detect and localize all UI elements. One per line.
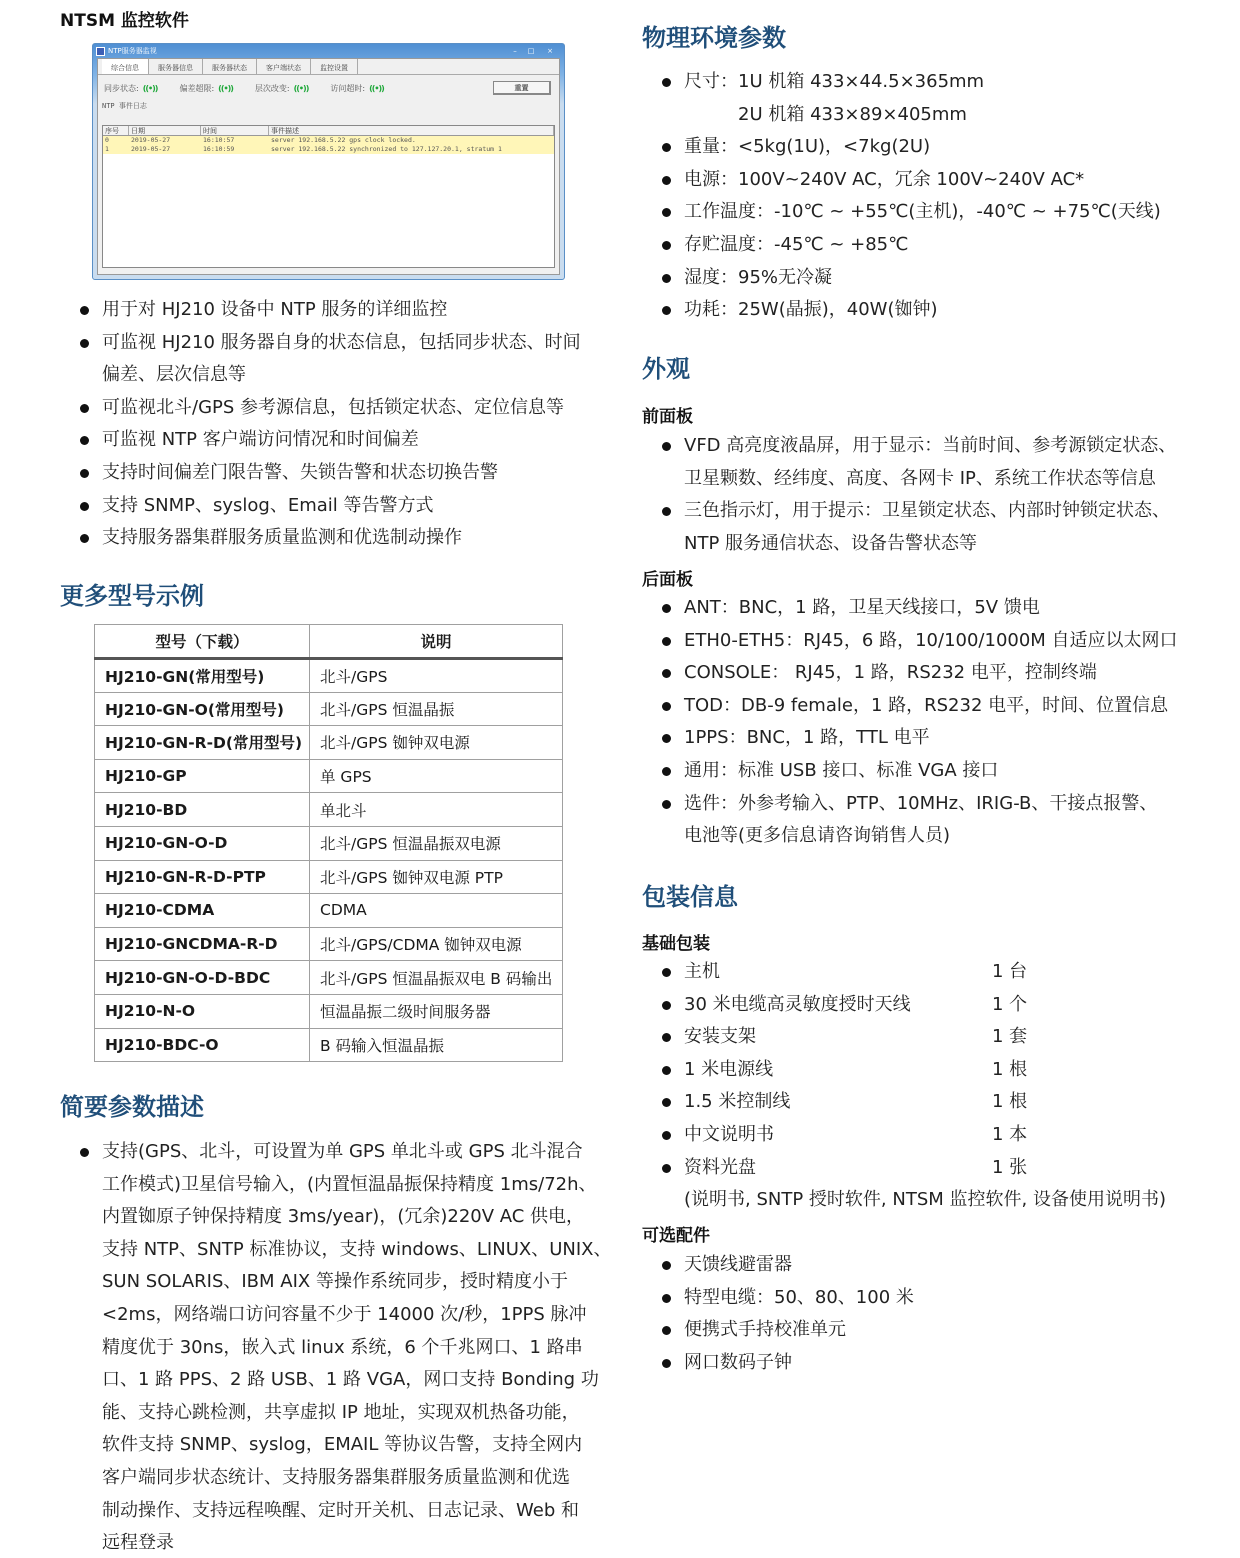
list-item: VFD 高亮度液晶屏，用于显示：当前时间、参考源锁定状态、: [642, 430, 1176, 463]
package-item: 1.5 米控制线: [684, 1091, 790, 1112]
event-log-table: 序号 日期 时间 事件描述 0 2019-05-27 16:10:57 serv…: [102, 125, 555, 268]
list-item: 可监视 NTP 客户端访问情况和时间偏差: [60, 424, 581, 457]
list-item: 尺寸：1U 机箱 433×44.5×365mm: [642, 66, 1161, 99]
physical-list: 尺寸：1U 机箱 433×44.5×365mm 2U 机箱 433×89×405…: [642, 66, 1161, 327]
table-row: HJ210-BD单北斗: [95, 793, 563, 827]
physical-heading: 物理环境参数: [642, 18, 786, 53]
list-item: 工作温度：-10℃ ~ +55℃(主机)，-40℃ ~ +75℃(天线): [642, 196, 1161, 229]
model-cell: HJ210-GN-O-D-BDC: [95, 961, 310, 995]
tab-overview: 综合信息: [102, 59, 149, 74]
list-item: 网口数码子钟: [642, 1347, 914, 1380]
signal-led-icon: ((•)): [294, 84, 309, 93]
list-item: 资料光盘1 张: [642, 1152, 1202, 1185]
list-item: 选件：外参考输入、PTP、10MHz、IRIG-B、干接点报警、: [642, 788, 1178, 821]
close-icon: ×: [540, 47, 560, 56]
signal-led-icon: ((•)): [143, 84, 158, 93]
list-item: ETH0-ETH5：RJ45，6 路，10/100/1000M 自适应以太网口: [642, 625, 1178, 658]
window-title: NTP服务器监视: [108, 46, 157, 56]
table-row: HJ210-CDMACDMA: [95, 894, 563, 928]
status-label: 层次改变:: [255, 83, 290, 94]
window-body: 综合信息 服务器信息 服务器状态 客户端状态 监控设置 同步状态:((•)) 偏…: [97, 58, 560, 275]
log-cell: 16:10:59: [201, 145, 269, 154]
list-item: 天馈线避雷器: [642, 1249, 914, 1282]
desc-cell: 北斗/GPS 铷钟双电源 PTP: [310, 860, 563, 894]
app-icon: [96, 47, 105, 56]
list-item-continued: 软件支持 SNMP、syslog，EMAIL 等协议告警，支持全网内: [60, 1429, 611, 1462]
package-qty: 1 台: [992, 956, 1027, 989]
optional-list: 天馈线避雷器 特型电缆：50、80、100 米 便携式手持校准单元 网口数码子钟: [642, 1249, 914, 1379]
status-label: 偏差超限:: [179, 83, 214, 94]
rear-panel-list: ANT：BNC，1 路，卫星天线接口，5V 馈电 ETH0-ETH5：RJ45，…: [642, 592, 1178, 853]
appearance-heading: 外观: [642, 349, 690, 384]
maximize-icon: □: [524, 47, 538, 56]
desc-cell: 单北斗: [310, 793, 563, 827]
log-cell: 2019-05-27: [129, 145, 201, 154]
desc-cell: CDMA: [310, 894, 563, 928]
desc-cell: B 码输入恒温晶振: [310, 1028, 563, 1062]
desc-cell: 北斗/GPS: [310, 659, 563, 693]
log-label: NTP 事件日志: [98, 101, 559, 112]
rear-panel-heading: 后面板: [642, 565, 693, 590]
list-item-continued: 精度优于 30ns，嵌入式 linux 系统，6 个千兆网口、1 路串: [60, 1332, 611, 1365]
list-item: 1.5 米控制线1 根: [642, 1086, 1202, 1119]
software-title: NTSM 监控软件: [60, 6, 189, 31]
table-header-row: 型号（下载） 说明: [95, 625, 563, 659]
table-row: HJ210-BDC-OB 码输入恒温晶振: [95, 1028, 563, 1062]
table-row: HJ210-GN-R-D-PTP北斗/GPS 铷钟双电源 PTP: [95, 860, 563, 894]
list-item-continued: 口、1 路 PPS、2 路 USB、1 路 VGA，网口支持 Bonding 功: [60, 1364, 611, 1397]
list-item-continued: 制动操作、支持远程唤醒、定时开关机、日志记录、Web 和: [60, 1495, 611, 1528]
model-cell: HJ210-GNCDMA-R-D: [95, 927, 310, 961]
model-cell: HJ210-GN(常用型号): [95, 659, 310, 693]
front-panel-list: VFD 高亮度液晶屏，用于显示：当前时间、参考源锁定状态、 卫星颗数、经纬度、高…: [642, 430, 1176, 560]
front-panel-heading: 前面板: [642, 402, 693, 427]
list-item: 支持 SNMP、syslog、Email 等告警方式: [60, 490, 581, 523]
status-stratum: 层次改变:((•)): [255, 83, 308, 94]
package-item: 安装支架: [684, 1026, 756, 1047]
brief-heading: 简要参数描述: [60, 1087, 204, 1122]
table-row: HJ210-GP单 GPS: [95, 759, 563, 793]
model-cell: HJ210-GN-R-D-PTP: [95, 860, 310, 894]
list-item-continued: 远程登录: [60, 1527, 611, 1558]
log-col-desc: 事件描述: [269, 126, 554, 135]
log-cell: 2019-05-27: [129, 136, 201, 145]
optional-heading: 可选配件: [642, 1221, 710, 1246]
list-item-continued: SUN SOLARIS、IBM AIX 等操作系统同步，授时精度小于: [60, 1266, 611, 1299]
col-description: 说明: [310, 625, 563, 659]
log-cell: 0: [103, 136, 129, 145]
list-item-continued: <2ms，网络端口访问容量不少于 14000 次/秒，1PPS 脉冲: [60, 1299, 611, 1332]
package-qty: 1 张: [992, 1152, 1027, 1185]
model-cell: HJ210-BDC-O: [95, 1028, 310, 1062]
list-item: 用于对 HJ210 设备中 NTP 服务的详细监控: [60, 294, 581, 327]
list-item-continued: 客户端同步状态统计、支持服务器集群服务质量监测和优选: [60, 1462, 611, 1495]
list-item: 湿度：95%无冷凝: [642, 262, 1161, 295]
list-item: 可监视 HJ210 服务器自身的状态信息，包括同步状态、时间: [60, 327, 581, 360]
desc-cell: 北斗/GPS 恒温晶振双电源: [310, 826, 563, 860]
signal-led-icon: ((•)): [369, 84, 384, 93]
list-item: 支持时间偏差门限告警、失锁告警和状态切换告警: [60, 457, 581, 490]
log-col-date: 日期: [129, 126, 201, 135]
package-item: 主机: [684, 961, 720, 982]
status-offset: 偏差超限:((•)): [179, 83, 232, 94]
log-col-index: 序号: [103, 126, 129, 135]
log-cell: server 192.168.5.22 gps clock locked.: [269, 136, 554, 145]
list-item: 安装支架1 套: [642, 1021, 1202, 1054]
status-label: 同步状态:: [104, 83, 139, 94]
basic-package-heading: 基础包装: [642, 929, 710, 954]
list-item: 支持(GPS、北斗，可设置为单 GPS 单北斗或 GPS 北斗混合: [60, 1136, 611, 1169]
status-row: 同步状态:((•)) 偏差超限:((•)) 层次改变:((•)) 访问超时:((…: [98, 75, 559, 101]
table-row: HJ210-GN-O-D北斗/GPS 恒温晶振双电源: [95, 826, 563, 860]
tab-client-status: 客户端状态: [257, 59, 311, 74]
list-item-continued: 卫星颗数、经纬度、高度、各网卡 IP、系统工作状态等信息: [642, 463, 1176, 496]
table-row: HJ210-GNCDMA-R-D北斗/GPS/CDMA 铷钟双电源: [95, 927, 563, 961]
minimize-icon: –: [508, 47, 522, 56]
list-item-continued: 能、支持心跳检测，共享虚拟 IP 地址，实现双机热备功能，: [60, 1397, 611, 1430]
log-cell: server 192.168.5.22 synchronized to 127.…: [269, 145, 554, 154]
model-cell: HJ210-BD: [95, 793, 310, 827]
log-cell: 1: [103, 145, 129, 154]
package-qty: 1 套: [992, 1021, 1027, 1054]
list-item: 通用：标准 USB 接口、标准 VGA 接口: [642, 755, 1178, 788]
col-model[interactable]: 型号（下载）: [95, 625, 310, 659]
list-item-continued: 内置铷原子钟保持精度 3ms/year)，(冗余)220V AC 供电，: [60, 1201, 611, 1234]
list-item: 1 米电源线1 根: [642, 1054, 1202, 1087]
desc-cell: 恒温晶振二级时间服务器: [310, 994, 563, 1028]
model-cell: HJ210-GN-R-D(常用型号): [95, 726, 310, 760]
list-item: 便携式手持校准单元: [642, 1314, 914, 1347]
package-qty: 1 本: [992, 1119, 1027, 1152]
desc-cell: 单 GPS: [310, 759, 563, 793]
software-window-screenshot: NTP服务器监视 – □ × 综合信息 服务器信息 服务器状态 客户端状态 监控…: [92, 43, 565, 280]
desc-cell: 北斗/GPS 铷钟双电源: [310, 726, 563, 760]
brief-list: 支持(GPS、北斗，可设置为单 GPS 单北斗或 GPS 北斗混合 工作模式)卫…: [60, 1136, 611, 1558]
list-item: 可监视北斗/GPS 参考源信息，包括锁定状态、定位信息等: [60, 392, 581, 425]
package-note: (说明书, SNTP 授时软件, NTSM 监控软件, 设备使用说明书): [642, 1184, 1202, 1217]
packaging-heading: 包装信息: [642, 877, 738, 912]
reset-button: 重置: [493, 81, 551, 95]
package-qty: 1 根: [992, 1054, 1027, 1087]
model-cell: HJ210-CDMA: [95, 894, 310, 928]
model-cell: HJ210-GN-O(常用型号): [95, 692, 310, 726]
list-item-continued: 2U 机箱 433×89×405mm: [642, 99, 1161, 132]
list-item: 支持服务器集群服务质量监测和优选制动操作: [60, 522, 581, 555]
package-item: 30 米电缆高灵敏度授时天线: [684, 994, 911, 1015]
list-item-continued: 工作模式)卫星信号输入，(内置恒温晶振保持精度 1ms/72h、: [60, 1169, 611, 1202]
list-item: 存贮温度：-45℃ ~ +85℃: [642, 229, 1161, 262]
list-item: 中文说明书1 本: [642, 1119, 1202, 1152]
package-qty: 1 根: [992, 1086, 1027, 1119]
desc-cell: 北斗/GPS 恒温晶振: [310, 692, 563, 726]
list-item-continued: NTP 服务通信状态、设备告警状态等: [642, 528, 1176, 561]
package-qty: 1 个: [992, 989, 1027, 1022]
models-heading: 更多型号示例: [60, 576, 204, 611]
status-timeout: 访问超时:((•)): [330, 83, 383, 94]
table-row: HJ210-GN(常用型号)北斗/GPS: [95, 659, 563, 693]
log-row: 1 2019-05-27 16:10:59 server 192.168.5.2…: [103, 145, 554, 154]
list-item: 三色指示灯，用于提示：卫星锁定状态、内部时钟锁定状态、: [642, 495, 1176, 528]
list-item: 1PPS：BNC，1 路，TTL 电平: [642, 722, 1178, 755]
model-cell: HJ210-GP: [95, 759, 310, 793]
list-item: 功耗：25W(晶振)，40W(铷钟): [642, 294, 1161, 327]
list-item: 30 米电缆高灵敏度授时天线1 个: [642, 989, 1202, 1022]
basic-package-list: 主机1 台 30 米电缆高灵敏度授时天线1 个 安装支架1 套 1 米电源线1 …: [642, 956, 1202, 1217]
desc-cell: 北斗/GPS 恒温晶振双电 B 码输出: [310, 961, 563, 995]
software-feature-list: 用于对 HJ210 设备中 NTP 服务的详细监控 可监视 HJ210 服务器自…: [60, 294, 581, 555]
tab-server-status: 服务器状态: [203, 59, 257, 74]
list-item-continued: 电池等(更多信息请咨询销售人员): [642, 820, 1178, 853]
log-col-time: 时间: [201, 126, 269, 135]
list-item: 特型电缆：50、80、100 米: [642, 1282, 914, 1315]
model-cell: HJ210-GN-O-D: [95, 826, 310, 860]
status-label: 访问超时:: [330, 83, 365, 94]
log-row: 0 2019-05-27 16:10:57 server 192.168.5.2…: [103, 136, 554, 145]
list-item: 电源：100V~240V AC，冗余 100V~240V AC*: [642, 164, 1161, 197]
list-item: 主机1 台: [642, 956, 1202, 989]
package-item: 1 米电源线: [684, 1059, 773, 1080]
model-cell: HJ210-N-O: [95, 994, 310, 1028]
table-row: HJ210-GN-R-D(常用型号)北斗/GPS 铷钟双电源: [95, 726, 563, 760]
log-cell: 16:10:57: [201, 136, 269, 145]
list-item-continued: 支持 NTP、SNTP 标准协议，支持 windows、LINUX、UNIX、: [60, 1234, 611, 1267]
log-header: 序号 日期 时间 事件描述: [103, 126, 554, 136]
tab-monitor-settings: 监控设置: [311, 59, 358, 74]
table-row: HJ210-GN-O(常用型号)北斗/GPS 恒温晶振: [95, 692, 563, 726]
package-item: 中文说明书: [684, 1124, 774, 1145]
signal-led-icon: ((•)): [218, 84, 233, 93]
desc-cell: 北斗/GPS/CDMA 铷钟双电源: [310, 927, 563, 961]
tab-server-info: 服务器信息: [149, 59, 203, 74]
list-item: ANT：BNC，1 路，卫星天线接口，5V 馈电: [642, 592, 1178, 625]
table-row: HJ210-N-O恒温晶振二级时间服务器: [95, 994, 563, 1028]
window-titlebar: NTP服务器监视 – □ ×: [93, 44, 564, 58]
list-item: TOD：DB-9 female，1 路，RS232 电平，时间、位置信息: [642, 690, 1178, 723]
tab-bar: 综合信息 服务器信息 服务器状态 客户端状态 监控设置: [98, 59, 559, 75]
package-item: 资料光盘: [684, 1157, 756, 1178]
table-row: HJ210-GN-O-D-BDC北斗/GPS 恒温晶振双电 B 码输出: [95, 961, 563, 995]
models-table: 型号（下载） 说明 HJ210-GN(常用型号)北斗/GPS HJ210-GN-…: [94, 624, 563, 1062]
list-item: CONSOLE： RJ45，1 路，RS232 电平，控制终端: [642, 657, 1178, 690]
list-item: 重量：<5kg(1U)，<7kg(2U): [642, 131, 1161, 164]
list-item-continued: 偏差、层次信息等: [60, 359, 581, 392]
status-sync: 同步状态:((•)): [104, 83, 157, 94]
